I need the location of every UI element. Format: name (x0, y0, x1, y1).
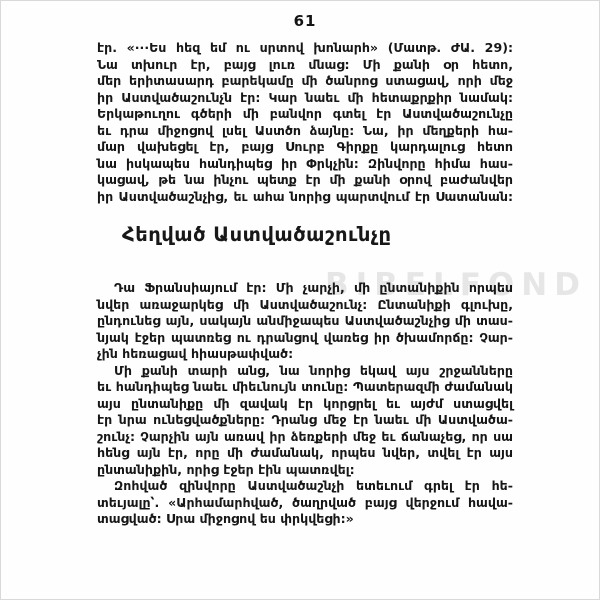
paragraph: Դա Ֆրանսիայում էր: Մի չարչի, մի ընտանիքի… (97, 280, 513, 363)
text-line: չին հեռացավ հիասթափված: (97, 346, 513, 363)
text-line: իր Աստվածաշունչն էր: Կար նաեւ մի հետաքրք… (97, 90, 513, 107)
book-page: 61 BIBELFOND էր. «···Ես հեզ եմ ու սրտով … (0, 0, 600, 600)
text-line: մեր երիտասարդ բարեկամը մի ծանրոց ստացավ,… (97, 73, 513, 90)
text-line: մար վախեցել էր, բայց Սուրբ Գիրքը կարդալո… (97, 139, 513, 156)
text-line: այս ընտանիքը մի զավակ էր կորցրել եւ այժմ… (97, 396, 513, 413)
page-number: 61 (97, 12, 513, 30)
text-line: Մի քանի տարի անց, նա նորից եկավ այս շրջա… (97, 363, 513, 380)
text-line: Դա Ֆրանսիայում էր: Մի չարչի, մի ընտանիքի… (97, 280, 513, 297)
text-line: ընդունեց այն, սակայն անմիջապես Աստվածաշն… (97, 313, 513, 330)
text-line: եւ դրա միջոցով լսել Աստծո ձայնը: Նա, իր … (97, 123, 513, 140)
text-line: հենց այն էր, որը մի ժամանակ, որպես նվեր,… (97, 445, 513, 462)
page-body-bottom: Դա Ֆրանսիայում էր: Մի չարչի, մի ընտանիքի… (97, 280, 513, 528)
text-line: Երկաթուղու գծերի մի բանվոր գտել էր Աստվա… (97, 106, 513, 123)
text-line: Զոհված զինվորը Աստվածաշնչի ետեւում գրել … (97, 478, 513, 495)
text-line: կացավ, թե նա ինչու պետք էր մի քանի օրով … (97, 172, 513, 189)
text-line: շունչ: Չարչին այն առավ իր ձեռքերի մեջ եւ… (97, 429, 513, 446)
text-line: էր. «···Ես հեզ եմ ու սրտով խոնարհ» (Մատթ… (97, 40, 513, 57)
text-line: նվեր առաջարկեց մի Աստվածաշունչ: Ընտանիքի… (97, 297, 513, 314)
paragraph: Զոհված զինվորը Աստվածաշնչի ետեւում գրել … (97, 478, 513, 528)
text-line: տեւյալը՝. «Արհամարհված, ծաղրված բայց վեր… (97, 495, 513, 512)
text-line: ընտանիքին, որից էջեր էին պատռվել: (97, 462, 513, 479)
paragraph: էր. «···Ես հեզ եմ ու սրտով խոնարհ» (Մատթ… (97, 40, 513, 205)
text-line: էր նրա ունեցվածքները: Դրանց մեջ էր նաեւ … (97, 412, 513, 429)
paragraph: Մի քանի տարի անց, նա նորից եկավ այս շրջա… (97, 363, 513, 479)
text-line: նա իսկապես հանդիպեց իր Փրկչին: Զինվորը հ… (97, 156, 513, 173)
section-heading: Հեղված Աստվածաշունչը (122, 223, 392, 246)
page-body-top: էր. «···Ես հեզ եմ ու սրտով խոնարհ» (Մատթ… (97, 40, 513, 205)
text-line: իր Աստվածաշնչից, եւ ահա նորից պարտվում է… (97, 189, 513, 206)
text-line: եւ հանդիպեց նաեւ միեւնույն տունը: Պատերա… (97, 379, 513, 396)
text-line: Նա տխուր էր, բայց լուռ մնաց: Մի քանի օր … (97, 57, 513, 74)
text-line: նյակ էջեր պատռեց ու դրանցով վառեց իր ծխա… (97, 330, 513, 347)
text-line: տացված: Սրա միջոցով ես փրկվեցի:» (97, 511, 513, 528)
